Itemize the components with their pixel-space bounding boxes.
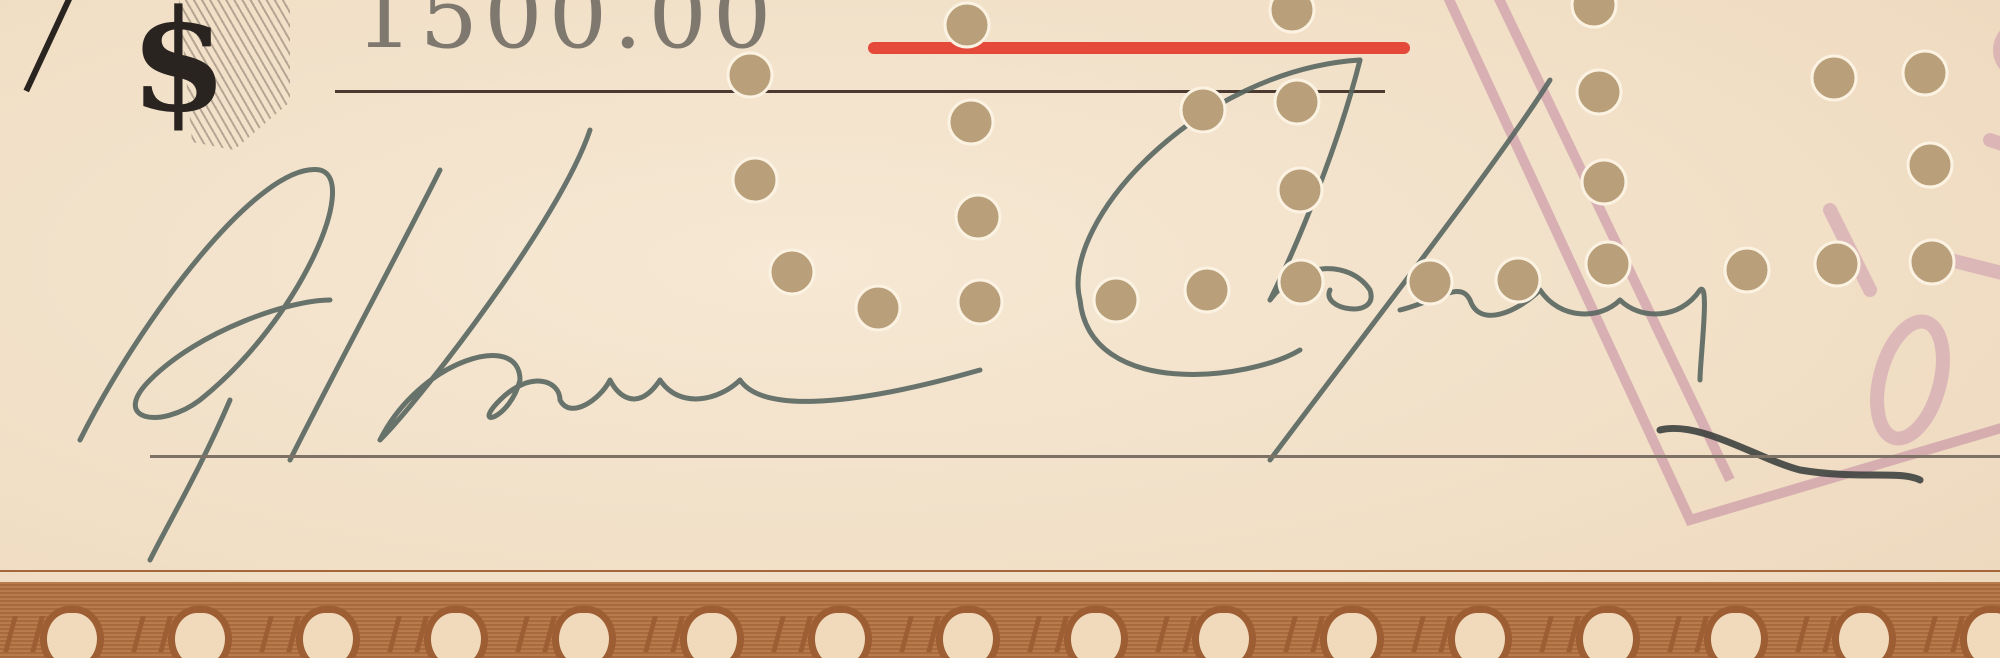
signature-line xyxy=(150,455,2000,458)
border-motif xyxy=(0,600,2000,658)
border-rule xyxy=(0,570,2000,572)
check-photo: $ 1500.00 xyxy=(0,0,2000,658)
perforation-holes xyxy=(0,0,2000,658)
